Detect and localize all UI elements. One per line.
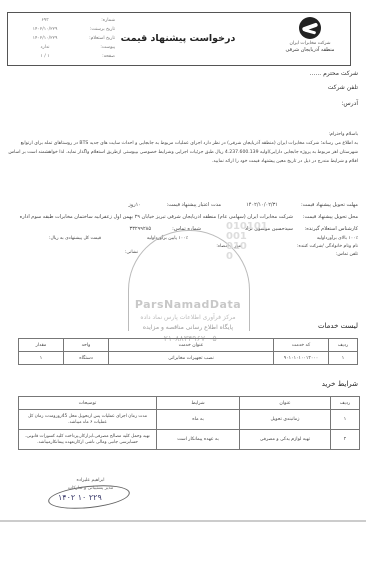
column-header: عنوان <box>240 397 331 410</box>
meta-value: ۱۴۰۲/۱۰/۲۲۹ <box>20 34 70 43</box>
services-header-row: ردیف کد خدمت عنوان خدمت واحد مقدار <box>19 339 358 352</box>
services-table: ردیف کد خدمت عنوان خدمت واحد مقدار ۱ ۹۰۱… <box>18 338 358 365</box>
total-price-label: قیمت کل پیشنهادی به ریال: <box>49 236 101 241</box>
phone-label: شماره تماس: <box>172 226 201 232</box>
table-row: ۲ تهیه لوازم یدکی و مصرفی به عهده پیمانک… <box>19 430 360 450</box>
delivery-value: شرکت مخابرات ایران (سهامی عام) منطقه آذر… <box>8 214 293 220</box>
cell-title: زمانبندی تحویل <box>240 410 331 430</box>
column-header: کد خدمت <box>274 339 329 352</box>
watermark-line1: مرکز فرآوری اطلاعات پارس نماد داده <box>118 314 258 321</box>
signature-block: ابراهیم علیزاده مدیر پشتیبانی و تدارکات … <box>48 478 133 516</box>
services-heading: لیست خدمات <box>318 322 358 330</box>
watermark-line2: پایگاه اطلاع رسانی مناقصه و مزایده <box>118 324 258 331</box>
meta-value: ۱ / ۱ <box>20 52 70 61</box>
document-header: شرکت مخابرات ایران منطقه آذربایجان شرقی … <box>7 12 351 66</box>
meta-value: ۱۴۰۲/۱۰/۲۲۹ <box>20 25 70 34</box>
column-header: ردیف <box>329 339 358 352</box>
cell-description: مدت زمان اجرای عملیات پس ازتحویل محل 45ر… <box>19 410 157 430</box>
recipient-address: آدرس: <box>341 100 358 107</box>
phone-value: ۳۳۲۹۹۲۸۵ <box>130 226 151 232</box>
vendor-address-label: نشانی: <box>125 250 138 255</box>
cell-index: ۲ <box>331 430 360 450</box>
meta-label: شماره: <box>75 16 115 25</box>
page-bottom-divider <box>0 520 366 522</box>
recipient-phone: تلفن شرکت <box>328 84 358 91</box>
cell-index: ۱ <box>331 410 360 430</box>
column-header: واحد <box>64 339 109 352</box>
lower-percent: ۱۰۰٪ پایین برآورداولیه <box>147 236 188 241</box>
vendor-sign-label: مهر و امضاء: <box>216 244 241 249</box>
cell-quantity: ۱ <box>19 352 64 365</box>
cell-condition: به ماه <box>157 410 240 430</box>
document-meta: شماره:۶۹۳ تاریخ برسنت:۱۴۰۲/۱۰/۲۲۹ تاریخ … <box>20 16 115 61</box>
cell-title: تهیه لوازم یدکی و مصرفی <box>240 430 331 450</box>
meta-label: تاریخ استعلام: <box>75 34 115 43</box>
validity-label: مدت اعتبار پیشنهاد قیمت: <box>167 202 221 208</box>
vendor-name-label: نام ونام خانوادگی /شرکت کننده: <box>297 244 358 249</box>
meta-value: ۶۹۳ <box>20 16 70 25</box>
cell-index: ۱ <box>329 352 358 365</box>
expert-label: کارشناس استعلام گیرنده: <box>305 226 358 232</box>
region-name: منطقه آذربایجان شرقی <box>278 47 342 54</box>
company-logo: شرکت مخابرات ایران منطقه آذربایجان شرقی <box>278 17 342 54</box>
conditions-header-row: ردیف عنوان شرایط توضیحات <box>19 397 360 410</box>
body-text: به اطلاع می رساند؛ شرکت مخابرات ایران (م… <box>8 139 358 166</box>
column-header: توضیحات <box>19 397 157 410</box>
recipient-company: شرکت محترم ...... <box>310 70 358 77</box>
deadline-label: مهلت تحویل پیشنهاد قیمت: <box>301 202 358 208</box>
cell-description: تهیه وحمل کلیه مصالح مصرفی،ابزارکار،پردا… <box>19 430 157 450</box>
delivery-label: محل تحویل پیشنهاد قیمت: <box>303 214 358 220</box>
upper-percent: ۱۰۰٪ بالای برآورداولیه <box>317 236 358 241</box>
meta-label: صفحه: <box>75 52 115 61</box>
validity-value: ۱۰روز <box>128 202 141 208</box>
conditions-heading: شرایط خرید <box>322 380 358 388</box>
meta-label: پیوست: <box>75 43 115 52</box>
document-title: درخواست پیشنهاد قیمت <box>103 33 253 44</box>
column-header: شرایط <box>157 397 240 410</box>
cell-condition: به عهده پیمانکار است <box>157 430 240 450</box>
cell-service-code: ۹۰۱۰۱۰۱۰۰۱۲۰۰۰ <box>274 352 329 365</box>
conditions-table: ردیف عنوان شرایط توضیحات ۱ زمانبندی تحوی… <box>18 396 360 450</box>
meta-label: تاریخ برسنت: <box>75 25 115 34</box>
cell-unit: دستگاه <box>64 352 109 365</box>
column-header: ردیف <box>331 397 360 410</box>
meta-value: ندارد <box>20 43 70 52</box>
vendor-phone-label: تلفن تماس: <box>336 252 358 257</box>
deadline-value: ۱۴۰۲/۱۰/۰۲/۳۱ <box>246 202 278 208</box>
signer-name: ابراهیم علیزاده <box>48 478 133 483</box>
greeting: باسلام واحترام: <box>8 130 358 139</box>
column-header: مقدار <box>19 339 64 352</box>
watermark-brand: ParsNamadData <box>118 298 258 311</box>
table-row: ۱ ۹۰۱۰۱۰۱۰۰۱۲۰۰۰ نصب تجهیزات مخابراتی دس… <box>19 352 358 365</box>
expert-value: سیدحسین موسوی نژاد <box>245 226 293 232</box>
cell-service-title: نصب تجهیزات مخابراتی <box>109 352 274 365</box>
table-row: ۱ زمانبندی تحویل به ماه مدت زمان اجرای ع… <box>19 410 360 430</box>
document-page: شرکت مخابرات ایران منطقه آذربایجان شرقی … <box>0 0 366 576</box>
telecom-logo-icon <box>299 17 321 39</box>
column-header: عنوان خدمت <box>109 339 274 352</box>
